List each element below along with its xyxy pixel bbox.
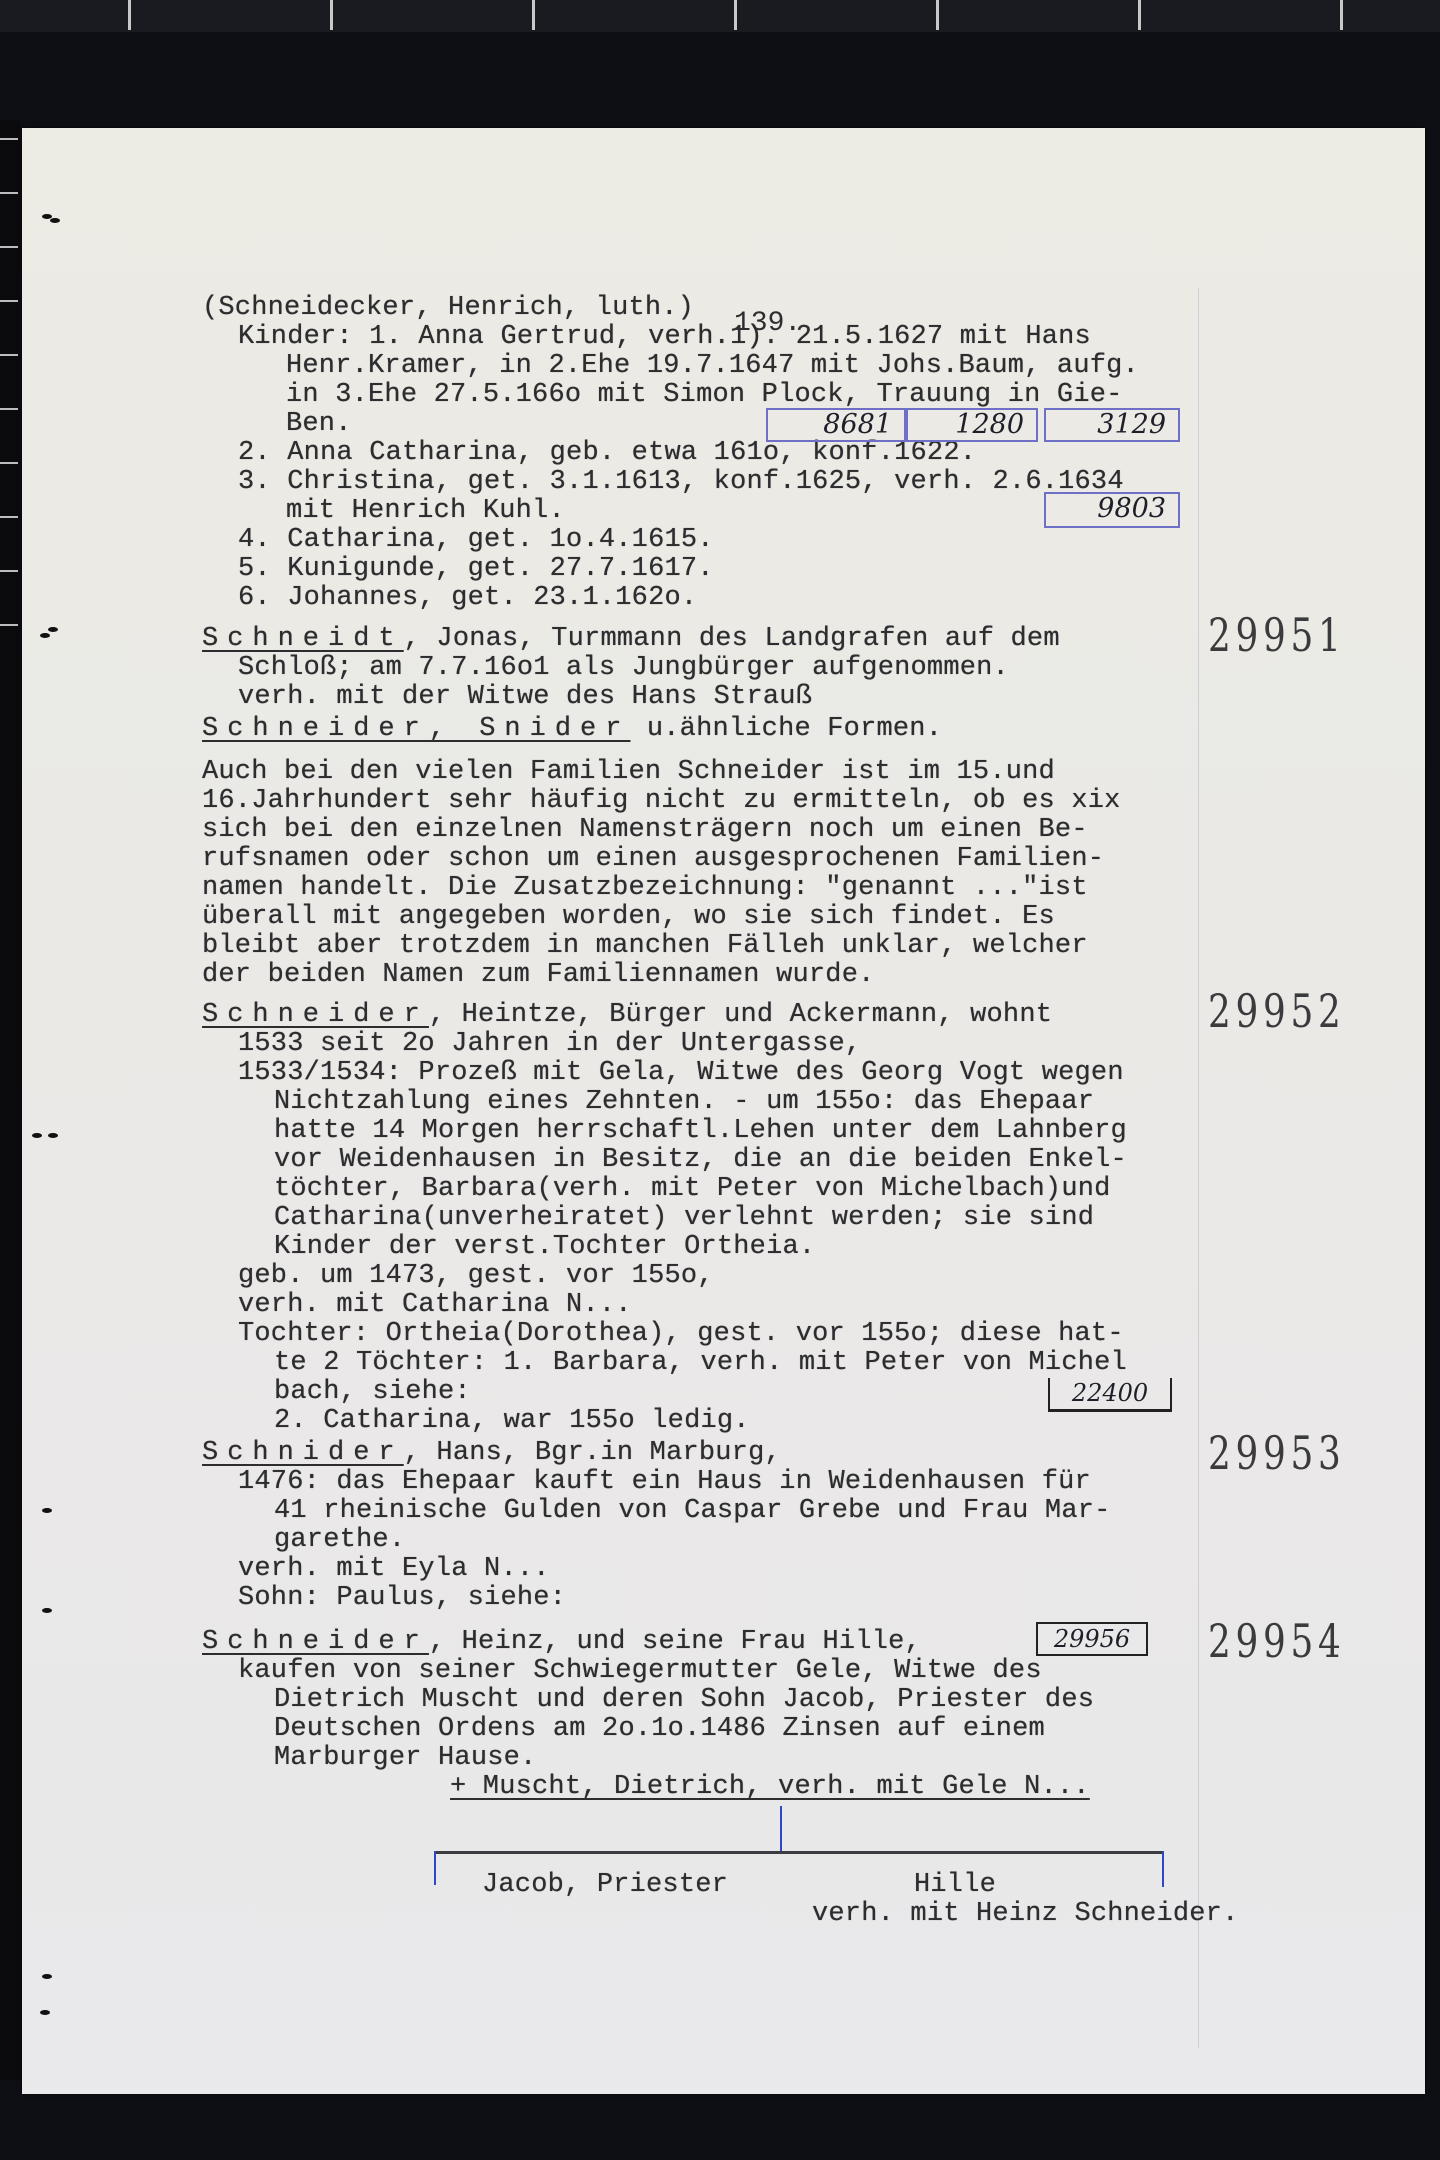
film-tick xyxy=(734,0,737,30)
entry-heading-rest: , Hans, Bgr.in Marburg, xyxy=(404,1438,781,1468)
film-tick xyxy=(532,0,535,30)
note-line: der beiden Namen zum Familiennamen wurde… xyxy=(202,961,875,990)
note-line: Auch bei den vielen Familien Schneider i… xyxy=(202,758,1055,787)
entry-line: 41 rheinische Gulden von Caspar Grebe un… xyxy=(274,1497,1111,1526)
film-tick xyxy=(128,0,131,30)
tree-branch-line xyxy=(434,1851,1164,1854)
film-tick xyxy=(936,0,939,30)
entry-line: vor Weidenhausen in Besitz, die an die b… xyxy=(274,1146,1127,1175)
entry-heading: Schneider, Heinz, und seine Frau Hille, xyxy=(202,1628,921,1657)
entry-line: in 3.Ehe 27.5.166o mit Simon Plock, Trau… xyxy=(286,381,1123,410)
entry-line: Deutschen Ordens am 2o.1o.1486 Zinsen au… xyxy=(274,1715,1045,1744)
entry-line: Marburger Hause. xyxy=(274,1744,536,1773)
handwritten-ref-box: 3129 xyxy=(1044,408,1180,442)
margin-rule xyxy=(1198,288,1199,2048)
entry-line: Dietrich Muscht und deren Sohn Jacob, Pr… xyxy=(274,1686,1094,1715)
entry-heading: Schneidt, Jonas, Turmmann des Landgrafen… xyxy=(202,625,1060,654)
entry-line: verh. mit Eyla N... xyxy=(238,1555,550,1584)
entry-line: verh. mit Catharina N... xyxy=(238,1291,632,1320)
tree-child: Jacob, Priester xyxy=(482,1871,728,1900)
entry-line: Sohn: Paulus, siehe: xyxy=(238,1584,566,1613)
entry-line: mit Henrich Kuhl. xyxy=(286,497,565,526)
left-film-edge xyxy=(0,120,20,2080)
entry-line: bach, siehe: xyxy=(274,1378,471,1407)
handwritten-ref-box: 8681 xyxy=(766,408,906,442)
film-tick xyxy=(1138,0,1141,30)
entry-heading: Schneider, Snider u.ähnliche Formen. xyxy=(202,715,942,744)
punch-mark xyxy=(42,1608,52,1613)
punch-mark xyxy=(40,2010,50,2015)
entry-heading-rest: , Jonas, Turmmann des Landgrafen auf dem xyxy=(404,624,1060,654)
entry-heading: (Schneidecker, Henrich, luth.) xyxy=(202,294,694,323)
punch-mark xyxy=(32,1133,42,1138)
punch-mark xyxy=(48,627,58,632)
punch-mark xyxy=(40,633,50,638)
tree-connector xyxy=(1162,1851,1164,1887)
entry-line: 3. Christina, get. 3.1.1613, konf.1625, … xyxy=(238,468,1124,497)
note-line: 16.Jahrhundert sehr häufig nicht zu ermi… xyxy=(202,787,1121,816)
entry-heading-rest: , Heinz, und seine Frau Hille, xyxy=(429,1627,921,1657)
film-strip xyxy=(0,0,1440,32)
entry-line: 1476: das Ehepaar kauft ein Haus in Weid… xyxy=(238,1468,1091,1497)
handwritten-ref-box: 29956 xyxy=(1036,1622,1148,1656)
entry-line: geb. um 1473, gest. vor 155o, xyxy=(238,1262,714,1291)
document-page: 139. (Schneidecker, Henrich, luth.) Kind… xyxy=(22,128,1425,2094)
entry-surname: Schnider xyxy=(202,1438,404,1468)
tree-child: Hille xyxy=(914,1871,996,1900)
entry-surname: Schneider xyxy=(202,1000,429,1030)
note-line: sich bei den einzelnen Namensträgern noc… xyxy=(202,816,1088,845)
entry-line: 5. Kunigunde, get. 27.7.1617. xyxy=(238,555,714,584)
entry-heading: Schneider, Heintze, Bürger und Ackermann… xyxy=(202,1001,1052,1030)
film-tick xyxy=(330,0,333,30)
punch-mark xyxy=(42,1974,52,1979)
tree-connector xyxy=(780,1806,782,1852)
punch-mark xyxy=(48,1133,58,1138)
entry-number: 29952 xyxy=(1208,984,1346,1038)
tree-child-note: verh. mit Heinz Schneider. xyxy=(812,1900,1238,1929)
entry-line: te 2 Töchter: 1. Barbara, verh. mit Pete… xyxy=(274,1349,1127,1378)
entry-line: 1533/1534: Prozeß mit Gela, Witwe des Ge… xyxy=(238,1059,1124,1088)
handwritten-ref-box: 22400 xyxy=(1048,1378,1172,1412)
film-tick xyxy=(1340,0,1343,30)
entry-number: 29953 xyxy=(1208,1426,1346,1480)
entry-number: 29951 xyxy=(1208,608,1346,662)
handwritten-ref-box: 9803 xyxy=(1044,492,1180,528)
entry-line: 4. Catharina, get. 1o.4.1615. xyxy=(238,526,714,555)
punch-mark xyxy=(42,1508,52,1513)
handwritten-ref-box: 1280 xyxy=(906,408,1038,442)
entry-surname: Schneider xyxy=(202,1627,429,1657)
entry-line: hatte 14 Morgen herrschaftl.Lehen unter … xyxy=(274,1117,1127,1146)
entry-number: 29954 xyxy=(1208,1614,1346,1668)
entry-line: Ben. xyxy=(286,410,352,439)
entry-heading-rest: , Heintze, Bürger und Ackermann, wohnt xyxy=(429,1000,1052,1030)
entry-line: töchter, Barbara(verh. mit Peter von Mic… xyxy=(274,1175,1111,1204)
entry-line: Kinder der verst.Tochter Ortheia. xyxy=(274,1233,815,1262)
entry-heading-rest: u.ähnliche Formen. xyxy=(630,714,942,744)
note-line: überall mit angegeben worden, wo sie sic… xyxy=(202,903,1055,932)
entry-line: verh. mit der Witwe des Hans Strauß xyxy=(238,683,812,712)
entry-line: garethe. xyxy=(274,1526,405,1555)
entry-line: Kinder: 1. Anna Gertrud, verh.1). 21.5.1… xyxy=(238,323,1091,352)
entry-heading: Schnider, Hans, Bgr.in Marburg, xyxy=(202,1439,781,1468)
entry-surname: Schneider, Snider xyxy=(202,714,630,744)
entry-line: 1533 seit 2o Jahren in der Untergasse, xyxy=(238,1030,861,1059)
note-line: rufsnamen oder schon um einen ausgesproc… xyxy=(202,845,1104,874)
note-line: bleibt aber trotzdem in manchen Fälleh u… xyxy=(202,932,1088,961)
entry-surname: Schneidt xyxy=(202,624,404,654)
punch-mark xyxy=(50,218,60,223)
entry-line: kaufen von seiner Schwiegermutter Gele, … xyxy=(238,1657,1042,1686)
entry-line: Henr.Kramer, in 2.Ehe 19.7.1647 mit Johs… xyxy=(286,352,1139,381)
entry-line: Nichtzahlung eines Zehnten. - um 155o: d… xyxy=(274,1088,1094,1117)
entry-line: Tochter: Ortheia(Dorothea), gest. vor 15… xyxy=(238,1320,1124,1349)
entry-line: 6. Johannes, get. 23.1.162o. xyxy=(238,584,697,613)
entry-line: Schloß; am 7.7.16o1 als Jungbürger aufge… xyxy=(238,654,1009,683)
note-line: namen handelt. Die Zusatzbezeichnung: "g… xyxy=(202,874,1088,903)
tree-connector xyxy=(434,1851,436,1885)
entry-line: 2. Catharina, war 155o ledig. xyxy=(274,1407,750,1436)
entry-line: 2. Anna Catharina, geb. etwa 161o, konf.… xyxy=(238,439,976,468)
tree-parent: + Muscht, Dietrich, verh. mit Gele N... xyxy=(450,1773,1090,1802)
entry-line: Catharina(unverheiratet) verlehnt werden… xyxy=(274,1204,1094,1233)
